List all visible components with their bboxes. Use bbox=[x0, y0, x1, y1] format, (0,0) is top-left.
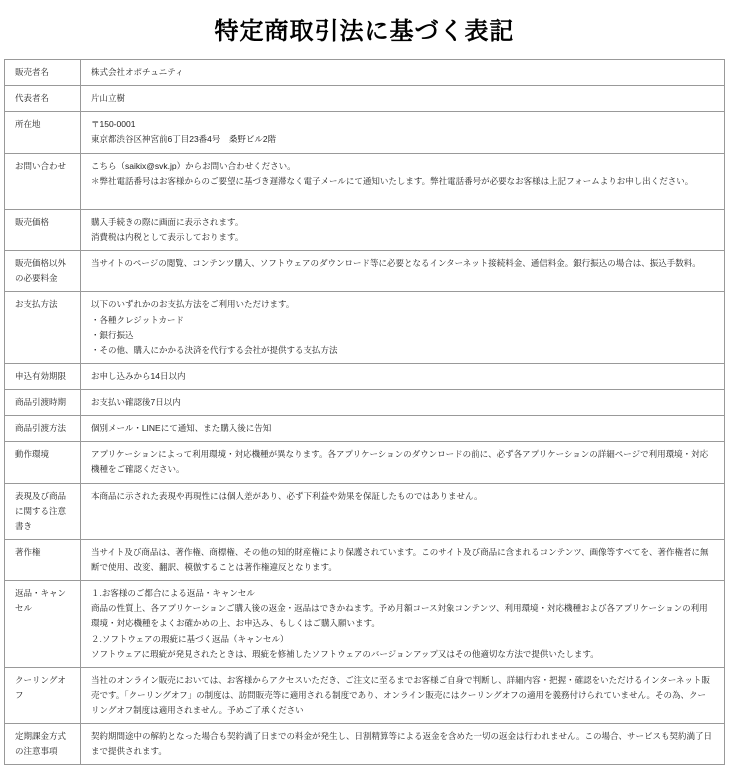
row-content: １.お客様のご都合による返品・キャンセル商品の性質上、各アプリケーションご購入後… bbox=[81, 581, 725, 668]
table-row: 商品引渡方法 個別メール・LINEにて通知、また購入後に告知 bbox=[5, 416, 725, 442]
row-label: 商品引渡方法 bbox=[5, 416, 81, 442]
table-row: 動作環境 アプリケーションによって利用環境・対応機種が異なります。各アプリケーシ… bbox=[5, 442, 725, 483]
row-label: 販売価格以外の必要料金 bbox=[5, 251, 81, 292]
text-line: 当サイトのページの閲覧、コンテンツ購入、ソフトウェアのダウンロード等に必要となる… bbox=[91, 256, 714, 271]
page: 特定商取引法に基づく表記 販売者名 株式会社オポチュニティ 代表者名 片山立樹 … bbox=[0, 11, 729, 765]
table-row: お問い合わせ こちら（saikix@svk.jp）からお問い合わせください。＊弊… bbox=[5, 153, 725, 209]
row-label: 返品・キャンセル bbox=[5, 581, 81, 668]
row-content: 当社のオンライン販売においては、お客様からアクセスいただき、ご注文に至るまでお客… bbox=[81, 667, 725, 723]
table-row: 所在地 〒150-0001東京都渋谷区神宮前6丁目23番4号 桑野ビル2階 bbox=[5, 112, 725, 153]
table-row: 返品・キャンセル １.お客様のご都合による返品・キャンセル商品の性質上、各アプリ… bbox=[5, 581, 725, 668]
text-line: 〒150-0001 bbox=[91, 117, 714, 132]
text-line: 当サイト及び商品は、著作権、商標権、その他の知的財産権により保護されています。こ… bbox=[91, 545, 714, 575]
text-line: 本商品に示された表現や再現性には個人差があり、必ず下利益や効果を保証したものでは… bbox=[91, 489, 714, 504]
text-line: 消費税は内税として表示しております。 bbox=[91, 230, 714, 245]
text-line: １.お客様のご都合による返品・キャンセル bbox=[91, 586, 714, 601]
text-line bbox=[91, 189, 714, 204]
row-label: クーリングオフ bbox=[5, 667, 81, 723]
table-row: 代表者名 片山立樹 bbox=[5, 86, 725, 112]
text-line: ・銀行振込 bbox=[91, 328, 714, 343]
table-body: 販売者名 株式会社オポチュニティ 代表者名 片山立樹 所在地 〒150-0001… bbox=[5, 60, 725, 765]
text-line: ソフトウェアに瑕疵が発見されたときは、瑕疵を修補したソフトウェアのバージョンアッ… bbox=[91, 647, 714, 662]
sctl-table: 販売者名 株式会社オポチュニティ 代表者名 片山立樹 所在地 〒150-0001… bbox=[4, 59, 725, 765]
row-content: 購入手続きの際に画面に表示されます。消費税は内税として表示しております。 bbox=[81, 209, 725, 250]
text-line: 以下のいずれかのお支払方法をご利用いただけます。 bbox=[91, 297, 714, 312]
text-line: お申し込みから14日以内 bbox=[91, 369, 714, 384]
row-content: アプリケーションによって利用環境・対応機種が異なります。各アプリケーションのダウ… bbox=[81, 442, 725, 483]
table-row: 販売者名 株式会社オポチュニティ bbox=[5, 60, 725, 86]
row-label: 定期課金方式の注意事項 bbox=[5, 724, 81, 765]
text-line: 購入手続きの際に画面に表示されます。 bbox=[91, 215, 714, 230]
row-content: お支払い確認後7日以内 bbox=[81, 390, 725, 416]
page-title: 特定商取引法に基づく表記 bbox=[0, 11, 729, 46]
row-label: 動作環境 bbox=[5, 442, 81, 483]
row-content: 個別メール・LINEにて通知、また購入後に告知 bbox=[81, 416, 725, 442]
row-content: こちら（saikix@svk.jp）からお問い合わせください。＊弊社電話番号はお… bbox=[81, 153, 725, 209]
table-row: お支払方法 以下のいずれかのお支払方法をご利用いただけます。・各種クレジットカー… bbox=[5, 292, 725, 364]
text-line: 東京都渋谷区神宮前6丁目23番4号 桑野ビル2階 bbox=[91, 132, 714, 147]
text-line: 当社のオンライン販売においては、お客様からアクセスいただき、ご注文に至るまでお客… bbox=[91, 673, 714, 718]
text-line: お支払い確認後7日以内 bbox=[91, 395, 714, 410]
table-row: 販売価格 購入手続きの際に画面に表示されます。消費税は内税として表示しております… bbox=[5, 209, 725, 250]
row-label: お支払方法 bbox=[5, 292, 81, 364]
text-line: 株式会社オポチュニティ bbox=[91, 65, 714, 80]
text-line: 契約期間途中の解約となった場合も契約満了日までの料金が発生し、日割精算等による返… bbox=[91, 729, 714, 759]
row-content: 株式会社オポチュニティ bbox=[81, 60, 725, 86]
row-content: 当サイトのページの閲覧、コンテンツ購入、ソフトウェアのダウンロード等に必要となる… bbox=[81, 251, 725, 292]
row-content: 片山立樹 bbox=[81, 86, 725, 112]
text-line: こちら（saikix@svk.jp）からお問い合わせください。 bbox=[91, 159, 714, 174]
row-label: 代表者名 bbox=[5, 86, 81, 112]
text-line: 片山立樹 bbox=[91, 91, 714, 106]
text-line: 個別メール・LINEにて通知、また購入後に告知 bbox=[91, 421, 714, 436]
row-label: 販売者名 bbox=[5, 60, 81, 86]
text-line: ・その他、購入にかかる決済を代行する会社が提供する支払方法 bbox=[91, 343, 714, 358]
row-label: 商品引渡時期 bbox=[5, 390, 81, 416]
row-label: 所在地 bbox=[5, 112, 81, 153]
table-row: クーリングオフ 当社のオンライン販売においては、お客様からアクセスいただき、ご注… bbox=[5, 667, 725, 723]
row-content: 〒150-0001東京都渋谷区神宮前6丁目23番4号 桑野ビル2階 bbox=[81, 112, 725, 153]
text-line: ・各種クレジットカード bbox=[91, 313, 714, 328]
row-label: 表現及び商品に関する注意書き bbox=[5, 483, 81, 539]
row-label: 著作権 bbox=[5, 539, 81, 580]
table-row: 定期課金方式の注意事項 契約期間途中の解約となった場合も契約満了日までの料金が発… bbox=[5, 724, 725, 765]
row-content: お申し込みから14日以内 bbox=[81, 363, 725, 389]
table-row: 表現及び商品に関する注意書き 本商品に示された表現や再現性には個人差があり、必ず… bbox=[5, 483, 725, 539]
table-row: 著作権 当サイト及び商品は、著作権、商標権、その他の知的財産権により保護されてい… bbox=[5, 539, 725, 580]
text-line: ２.ソフトウェアの瑕疵に基づく返品（キャンセル） bbox=[91, 632, 714, 647]
text-line: 商品の性質上、各アプリケーションご購入後の返金・返品はできかねます。予め月額コー… bbox=[91, 601, 714, 631]
row-content: 以下のいずれかのお支払方法をご利用いただけます。・各種クレジットカード・銀行振込… bbox=[81, 292, 725, 364]
row-label: 申込有効期限 bbox=[5, 363, 81, 389]
row-label: お問い合わせ bbox=[5, 153, 81, 209]
row-label: 販売価格 bbox=[5, 209, 81, 250]
row-content: 契約期間途中の解約となった場合も契約満了日までの料金が発生し、日割精算等による返… bbox=[81, 724, 725, 765]
table-row: 申込有効期限 お申し込みから14日以内 bbox=[5, 363, 725, 389]
text-line: アプリケーションによって利用環境・対応機種が異なります。各アプリケーションのダウ… bbox=[91, 447, 714, 477]
row-content: 本商品に示された表現や再現性には個人差があり、必ず下利益や効果を保証したものでは… bbox=[81, 483, 725, 539]
table-row: 販売価格以外の必要料金 当サイトのページの閲覧、コンテンツ購入、ソフトウェアのダ… bbox=[5, 251, 725, 292]
text-line: ＊弊社電話番号はお客様からのご要望に基づき遅滞なく電子メールにて通知いたします。… bbox=[91, 174, 714, 189]
table-row: 商品引渡時期 お支払い確認後7日以内 bbox=[5, 390, 725, 416]
row-content: 当サイト及び商品は、著作権、商標権、その他の知的財産権により保護されています。こ… bbox=[81, 539, 725, 580]
